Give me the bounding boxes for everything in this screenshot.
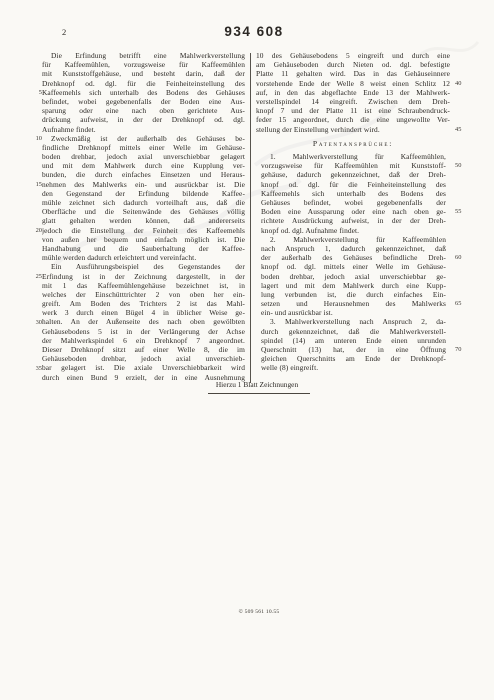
text-block: Die Erfindung betrifft eine Mahlwerkvers… [0, 51, 494, 391]
text-line: knopf 7 und der Platte 11 ist eine Schra… [256, 106, 450, 115]
text-line: Ein Ausführungsbeispiel des Gegenstandes… [42, 262, 245, 271]
text-line: knopf od. dgl. mittels einer Welle im Ge… [256, 262, 450, 271]
text-line: durch gekennzeichnet, daß die Mahlwerkve… [256, 327, 450, 336]
text-line: für Kaffeemühlen, vorzugsweise für Kaffe… [42, 60, 245, 69]
drawing-note: Hierzu 1 Blatt Zeichnungen [147, 380, 367, 389]
text-line: ein- und ausrückbar ist. [256, 308, 450, 317]
text-line: jedoch die Einstellung der Feinheit des … [42, 226, 245, 235]
text-line: welle (8) eingreift. [256, 363, 450, 372]
text-line: stellung der Einstellung verhindert wird… [256, 125, 450, 134]
text-line: verstellspindel 14 eingreift. Zwischen d… [256, 97, 450, 106]
text-line: auf, in den das abgeflachte Ende 13 der … [256, 88, 450, 97]
text-line: 2. Mahlwerkverstellung für Kaffeemühlen [256, 235, 450, 244]
line-number: 60 [455, 253, 471, 262]
text-line: feder 15 angeordnet, durch die eine unge… [256, 115, 450, 124]
text-line: Kaffeemehls sich unterhalb des Bodens de… [256, 189, 450, 198]
text-line: Oberfläche und die Seitenwände des Gehäu… [42, 207, 245, 216]
text-line: setzen und Herausnehmen des Mahlwerks [256, 299, 450, 308]
text-line: Querschnitt (13) hat, der in eine Öffnun… [256, 345, 450, 354]
text-line: am Gehäuseboden durch Nieten od. dgl. be… [256, 60, 450, 69]
line-number: 10 [28, 134, 42, 143]
text-line: Aufnahme findet. [42, 125, 245, 134]
text-line: boden drehbar, jedoch axial unverschiebb… [42, 152, 245, 161]
line-number: 35 [28, 364, 42, 373]
text-line: boden drehbar, jedoch axial unverschiebb… [256, 272, 450, 281]
text-line: knopf od. dgl. Aufnahme findet. [256, 226, 450, 235]
line-number: 50 [455, 161, 471, 170]
text-line: bunden, die durch einfaches Einsetzen un… [42, 170, 245, 179]
text-line: der außerhalb des Gehäuses befindliche D… [256, 253, 450, 262]
column-divider [250, 53, 251, 383]
text-line: gleichen Querschnitts am Ende der Drehkn… [256, 354, 450, 363]
text-line: und mit dem Mahlwerk durch eine Kupplung… [42, 161, 245, 170]
line-number: 65 [455, 299, 471, 308]
line-number: 55 [455, 207, 471, 216]
line-number: 5 [28, 88, 42, 97]
text-line: Drehknopf od. dgl. für die Feinheiteinst… [42, 79, 245, 88]
text-line: halten. An der Außenseite des nach oben … [42, 317, 245, 326]
text-line: greift. Am Boden des Trichters 2 ist das… [42, 299, 245, 308]
text-line: drückung aufweist, in der der Drehknopf … [42, 115, 245, 124]
text-line: lung verbunden ist, die durch einfaches … [256, 290, 450, 299]
patent-page: 2 934 608 Die Erfindung betrifft eine Ma… [0, 0, 494, 700]
text-line: vorstehende Ende der Welle 8 weist einen… [256, 79, 450, 88]
left-column: Die Erfindung betrifft eine Mahlwerkvers… [42, 51, 245, 382]
text-line: Zweckmäßig ist der außerhalb des Gehäuse… [42, 134, 245, 143]
text-line: findliche Drehknopf mittels einer Welle … [42, 143, 245, 152]
text-line: vorzugsweise für Kaffeemühlen mit Kunsts… [256, 161, 450, 170]
text-line: nach Anspruch 1, dadurch gekennzeichnet,… [256, 244, 450, 253]
patent-number: 934 608 [14, 24, 494, 39]
text-line: lagert und mit dem Mahlwerk durch eine K… [256, 281, 450, 290]
text-line: 1. Mahlwerkverstellung für Kaffeemühlen, [256, 152, 450, 161]
line-number: 45 [455, 125, 471, 134]
text-line: richtete Ausdrückung aufweist, in der de… [256, 216, 450, 225]
text-line: sparung oder eine nach oben gerichtete A… [42, 106, 245, 115]
text-line: 3. Mahlwerkverstellung nach Anspruch 2, … [256, 317, 450, 326]
text-line: den Gegenstand der Erfindung bildende Ka… [42, 189, 245, 198]
line-number: 20 [28, 226, 42, 235]
line-number: 25 [28, 272, 42, 281]
text-line: Boden eine Aussparung oder eine nach obe… [256, 207, 450, 216]
text-line: von außen her bequem und einfach möglich… [42, 235, 245, 244]
text-line: befindet, wobei gegebenenfalls der Boden… [42, 97, 245, 106]
text-line: Dieser Drehknopf sitzt auf einer Welle 8… [42, 345, 245, 354]
text-line: Platte 11 gehalten wird. Das in das Gehä… [256, 69, 450, 78]
text-line: Handhabung und die Sauberhaltung der Kaf… [42, 244, 245, 253]
text-line: werk 3 durch einen Bügel 4 in üblicher W… [42, 308, 245, 317]
text-line: mühle zeichnet sich dadurch vorteilhaft … [42, 198, 245, 207]
text-line: spindel (14) am unteren Ende einen unrun… [256, 336, 450, 345]
text-line: glatt gehalten werden können, daß andere… [42, 216, 245, 225]
text-line: welches der Einschütttrichter 2 von oben… [42, 290, 245, 299]
line-number: 40 [455, 79, 471, 88]
note-rule [208, 393, 310, 394]
text-line: mit Kunststoffgehäuse, und besteht darin… [42, 69, 245, 78]
print-code: © 509 561 10.55 [159, 609, 359, 615]
text-line: mühle werden dadurch erleichtert und ver… [42, 253, 245, 262]
text-line: nehmen des Mahlwerks ein- und ausrückbar… [42, 180, 245, 189]
text-line: Gehäuses befindet, wobei gegebenenfalls … [256, 198, 450, 207]
claims-heading: Patentansprüche: [256, 134, 450, 152]
right-column: 10 des Gehäusebodens 5 eingreift und dur… [256, 51, 450, 373]
line-number: 15 [28, 180, 42, 189]
text-line: Gehäuseboden drehbar, jedoch axial unver… [42, 354, 245, 363]
text-line: 10 des Gehäusebodens 5 eingreift und dur… [256, 51, 450, 60]
line-number: 30 [28, 318, 42, 327]
text-line: knopf od. dgl. für die Feinheiteinstellu… [256, 180, 450, 189]
line-number: 70 [455, 345, 471, 354]
text-line: Kaffeemehls sich unterhalb des Bodens de… [42, 88, 245, 97]
text-line: bar gelagert ist. Die axiale Unverschieb… [42, 363, 245, 372]
text-line: gehäuse, dadurch gekennzeichnet, daß der… [256, 170, 450, 179]
text-line: der Mahlwerkspindel 6 ein Drehknopf 7 an… [42, 336, 245, 345]
text-line: Erfindung ist in der Zeichnung dargestel… [42, 272, 245, 281]
text-line: Die Erfindung betrifft eine Mahlwerkvers… [42, 51, 245, 60]
text-line: mit 1 das Kaffeemühlengehäuse bezeichnet… [42, 281, 245, 290]
text-line: Gehäusebodens 5 ist in der Verlängerung … [42, 327, 245, 336]
